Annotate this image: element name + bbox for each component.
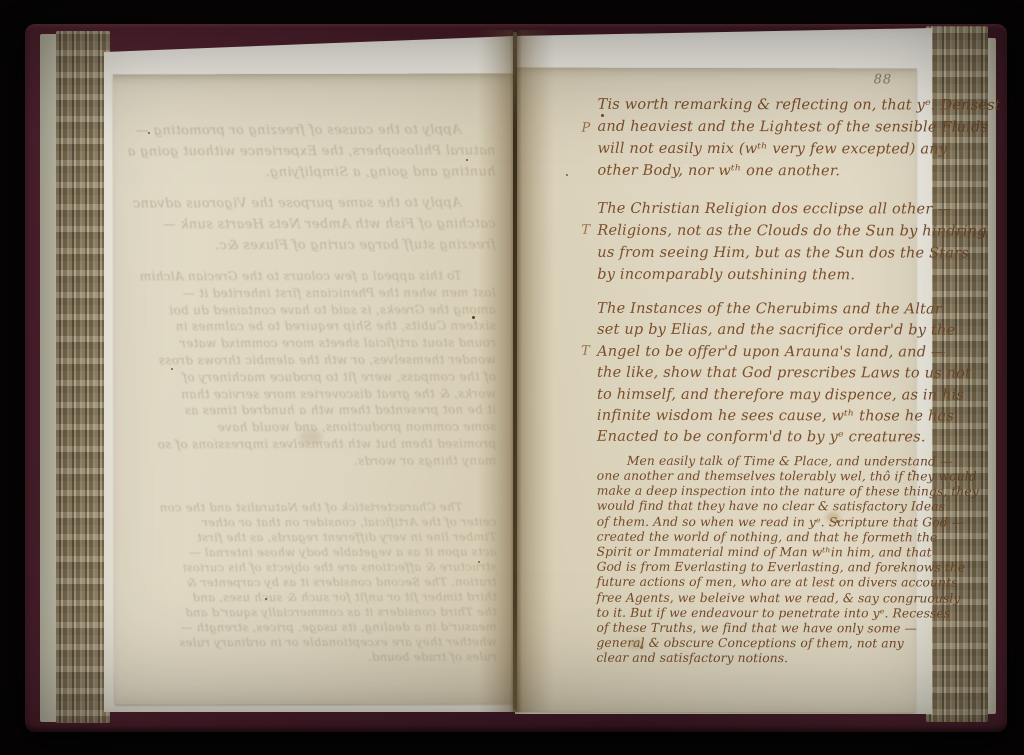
handwritten-line: God is from Everlasting to Everlasting, … bbox=[597, 560, 937, 576]
showthrough-line: it be not presented them wth a hundred t… bbox=[140, 402, 496, 420]
showthrough-line: Apply to the causes of freezing or promo… bbox=[139, 120, 495, 142]
foxing-spot bbox=[265, 598, 267, 600]
showthrough-line: wonder themselves, or wth the alembic th… bbox=[140, 352, 496, 370]
showthrough-line: Apply to the same purpose the Vigorous a… bbox=[139, 193, 495, 215]
showthrough-paragraph: Apply to the same purpose the Vigorous a… bbox=[139, 193, 495, 257]
handwritten-line: The Instances of the Cherubims and the A… bbox=[597, 299, 937, 321]
showthrough-line: To this appeal a few colours to the Grec… bbox=[140, 268, 496, 286]
showthrough-text-block: Apply to the causes of freezing or promo… bbox=[139, 120, 496, 665]
margin-mark: P bbox=[582, 118, 591, 140]
foxing-spot bbox=[880, 330, 882, 332]
showthrough-line: among the Greeks, is said to have contai… bbox=[140, 301, 496, 319]
handwritten-line: the like, show that God prescribes Laws … bbox=[597, 363, 937, 385]
handwritten-line: would find that they have no clear & sat… bbox=[597, 499, 937, 515]
showthrough-line: of the compass, were fit to produce mach… bbox=[140, 368, 496, 386]
handwritten-line: us from seeing Him, but as the Sun dos t… bbox=[597, 242, 937, 265]
handwritten-line: created the world of nothing, and that h… bbox=[597, 530, 937, 546]
paper-stain bbox=[628, 640, 644, 649]
showthrough-line: sixteen Cubits, the Ship required to be … bbox=[140, 318, 496, 336]
showthrough-line: natural Philosophers, the Experience wit… bbox=[139, 141, 495, 163]
showthrough-line: The Characteristick of the Naturalist an… bbox=[140, 499, 496, 515]
showthrough-line: measur'd in a dealing, its usage, prices… bbox=[141, 619, 497, 635]
showthrough-line: catching of Fish wth Amber Nets Hearts s… bbox=[140, 214, 496, 236]
showthrough-line: whether they are exceptionable or in ord… bbox=[141, 634, 497, 650]
handwritten-line: Angel to be offer'd upon Arauna's land, … bbox=[597, 342, 937, 364]
margin-mark: T bbox=[581, 341, 590, 362]
left-manuscript-leaf: Apply to the causes of freezing or promo… bbox=[113, 73, 516, 704]
handwritten-line: set up by Elias, and the sacrifice order… bbox=[597, 320, 937, 342]
showthrough-line: round stout artificial sheets more commi… bbox=[140, 335, 496, 353]
foxing-spot bbox=[171, 368, 173, 370]
handwritten-line: Spirit or Immaterial mind of Man wᵗʰin h… bbox=[597, 545, 937, 561]
foxing-spot bbox=[148, 132, 150, 134]
right-page-text-block: PTis worth remarking & reflecting on, th… bbox=[596, 94, 937, 667]
showthrough-line: the Third considers it as commercially s… bbox=[141, 604, 497, 620]
handwritten-line: clear and satisfactory notions. bbox=[596, 651, 936, 667]
showthrough-line: freezing stuff barge curing of Fluxes &c… bbox=[140, 235, 496, 257]
handwritten-line: by incomparably outshining them. bbox=[597, 264, 937, 287]
foxing-spot bbox=[912, 470, 914, 472]
showthrough-line: structure & affections are the objects o… bbox=[140, 559, 496, 575]
handwritten-line: Religions, not as the Clouds do the Sun … bbox=[597, 220, 937, 243]
handwritten-line: will not easily mix (wᵗʰ very few except… bbox=[597, 138, 937, 161]
handwritten-line: to it. But if we endeavour to penetrate … bbox=[597, 606, 937, 622]
foxing-spot bbox=[566, 174, 568, 176]
showthrough-paragraph: Apply to the causes of freezing or promo… bbox=[139, 120, 495, 184]
showthrough-line: hunting and going, a Simplifying. bbox=[139, 162, 495, 184]
handwritten-line: The Christian Religion dos ecclipse all … bbox=[597, 198, 937, 221]
handwritten-line: other Body, nor wᵗʰ one another. bbox=[597, 160, 937, 183]
handwritten-line: make a deep inspection into the nature o… bbox=[597, 484, 937, 500]
handwritten-line: Tis worth remarking & reflecting on, tha… bbox=[598, 94, 938, 117]
margin-mark: T bbox=[581, 220, 590, 242]
left-page-edges bbox=[56, 31, 110, 723]
handwritten-line: to himself, and therefore may dispence, … bbox=[597, 384, 937, 406]
handwritten-line: infinite wisdom he sees cause, wᵗʰ those… bbox=[597, 406, 937, 428]
showthrough-paragraph: The Characteristick of the Naturalist an… bbox=[140, 499, 496, 665]
manuscript-paragraph: Men easily talk of Time & Place, and und… bbox=[596, 454, 936, 668]
showthrough-line: works, & the great discoveries more serv… bbox=[140, 385, 496, 403]
manuscript-paragraph: TThe Instances of the Cherubims and the … bbox=[597, 299, 937, 450]
handwritten-line: future actions of men, who are at lest o… bbox=[597, 575, 937, 591]
foxing-spot bbox=[478, 561, 480, 563]
page-number: 88 bbox=[874, 72, 893, 87]
manuscript-paragraph: PTis worth remarking & reflecting on, th… bbox=[597, 94, 937, 183]
showthrough-line: ceiter of the Artificial, consider on th… bbox=[140, 514, 496, 530]
right-manuscript-leaf: 88 PTis worth remarking & reflecting on,… bbox=[514, 68, 916, 713]
foxing-spot bbox=[472, 316, 475, 319]
gutter-crease bbox=[513, 32, 517, 710]
handwritten-line: free Agents, we beleive what we read, & … bbox=[597, 590, 937, 606]
showthrough-line: acts upon it as a vegetable body whose i… bbox=[140, 544, 496, 560]
handwritten-line: Enacted to be conform'd to by yᵉ creatur… bbox=[597, 427, 937, 449]
showthrough-line: lost men when the Phenicians first inher… bbox=[140, 284, 496, 302]
showthrough-line: Timber line in very different regards, a… bbox=[140, 529, 496, 545]
paper-stain bbox=[826, 512, 840, 522]
handwritten-line: of these Truths, we find that we have on… bbox=[596, 621, 936, 637]
handwritten-line: of them. And so when we read in yᵉ. Scri… bbox=[597, 514, 937, 530]
handwritten-line: one another and themselves tolerably wel… bbox=[597, 469, 937, 485]
photograph-background: Apply to the causes of freezing or promo… bbox=[0, 0, 1024, 755]
foxing-spot bbox=[466, 159, 468, 161]
handwritten-line: and heaviest and the Lightest of the sen… bbox=[598, 116, 938, 139]
manuscript-paragraph: TThe Christian Religion dos ecclipse all… bbox=[597, 198, 937, 287]
foxing-spot bbox=[601, 114, 604, 117]
showthrough-line: many things or words. bbox=[140, 452, 496, 470]
handwritten-line: general & obscure Conceptions of them, n… bbox=[596, 636, 936, 652]
showthrough-line: tration. The Second considers it as by c… bbox=[140, 574, 496, 590]
handwritten-line: Men easily talk of Time & Place, and und… bbox=[597, 454, 937, 470]
paper-stain bbox=[300, 430, 322, 444]
showthrough-line: third timber fit or unfit for such & suc… bbox=[141, 589, 497, 605]
showthrough-line: rules of trade bound. bbox=[141, 649, 497, 665]
